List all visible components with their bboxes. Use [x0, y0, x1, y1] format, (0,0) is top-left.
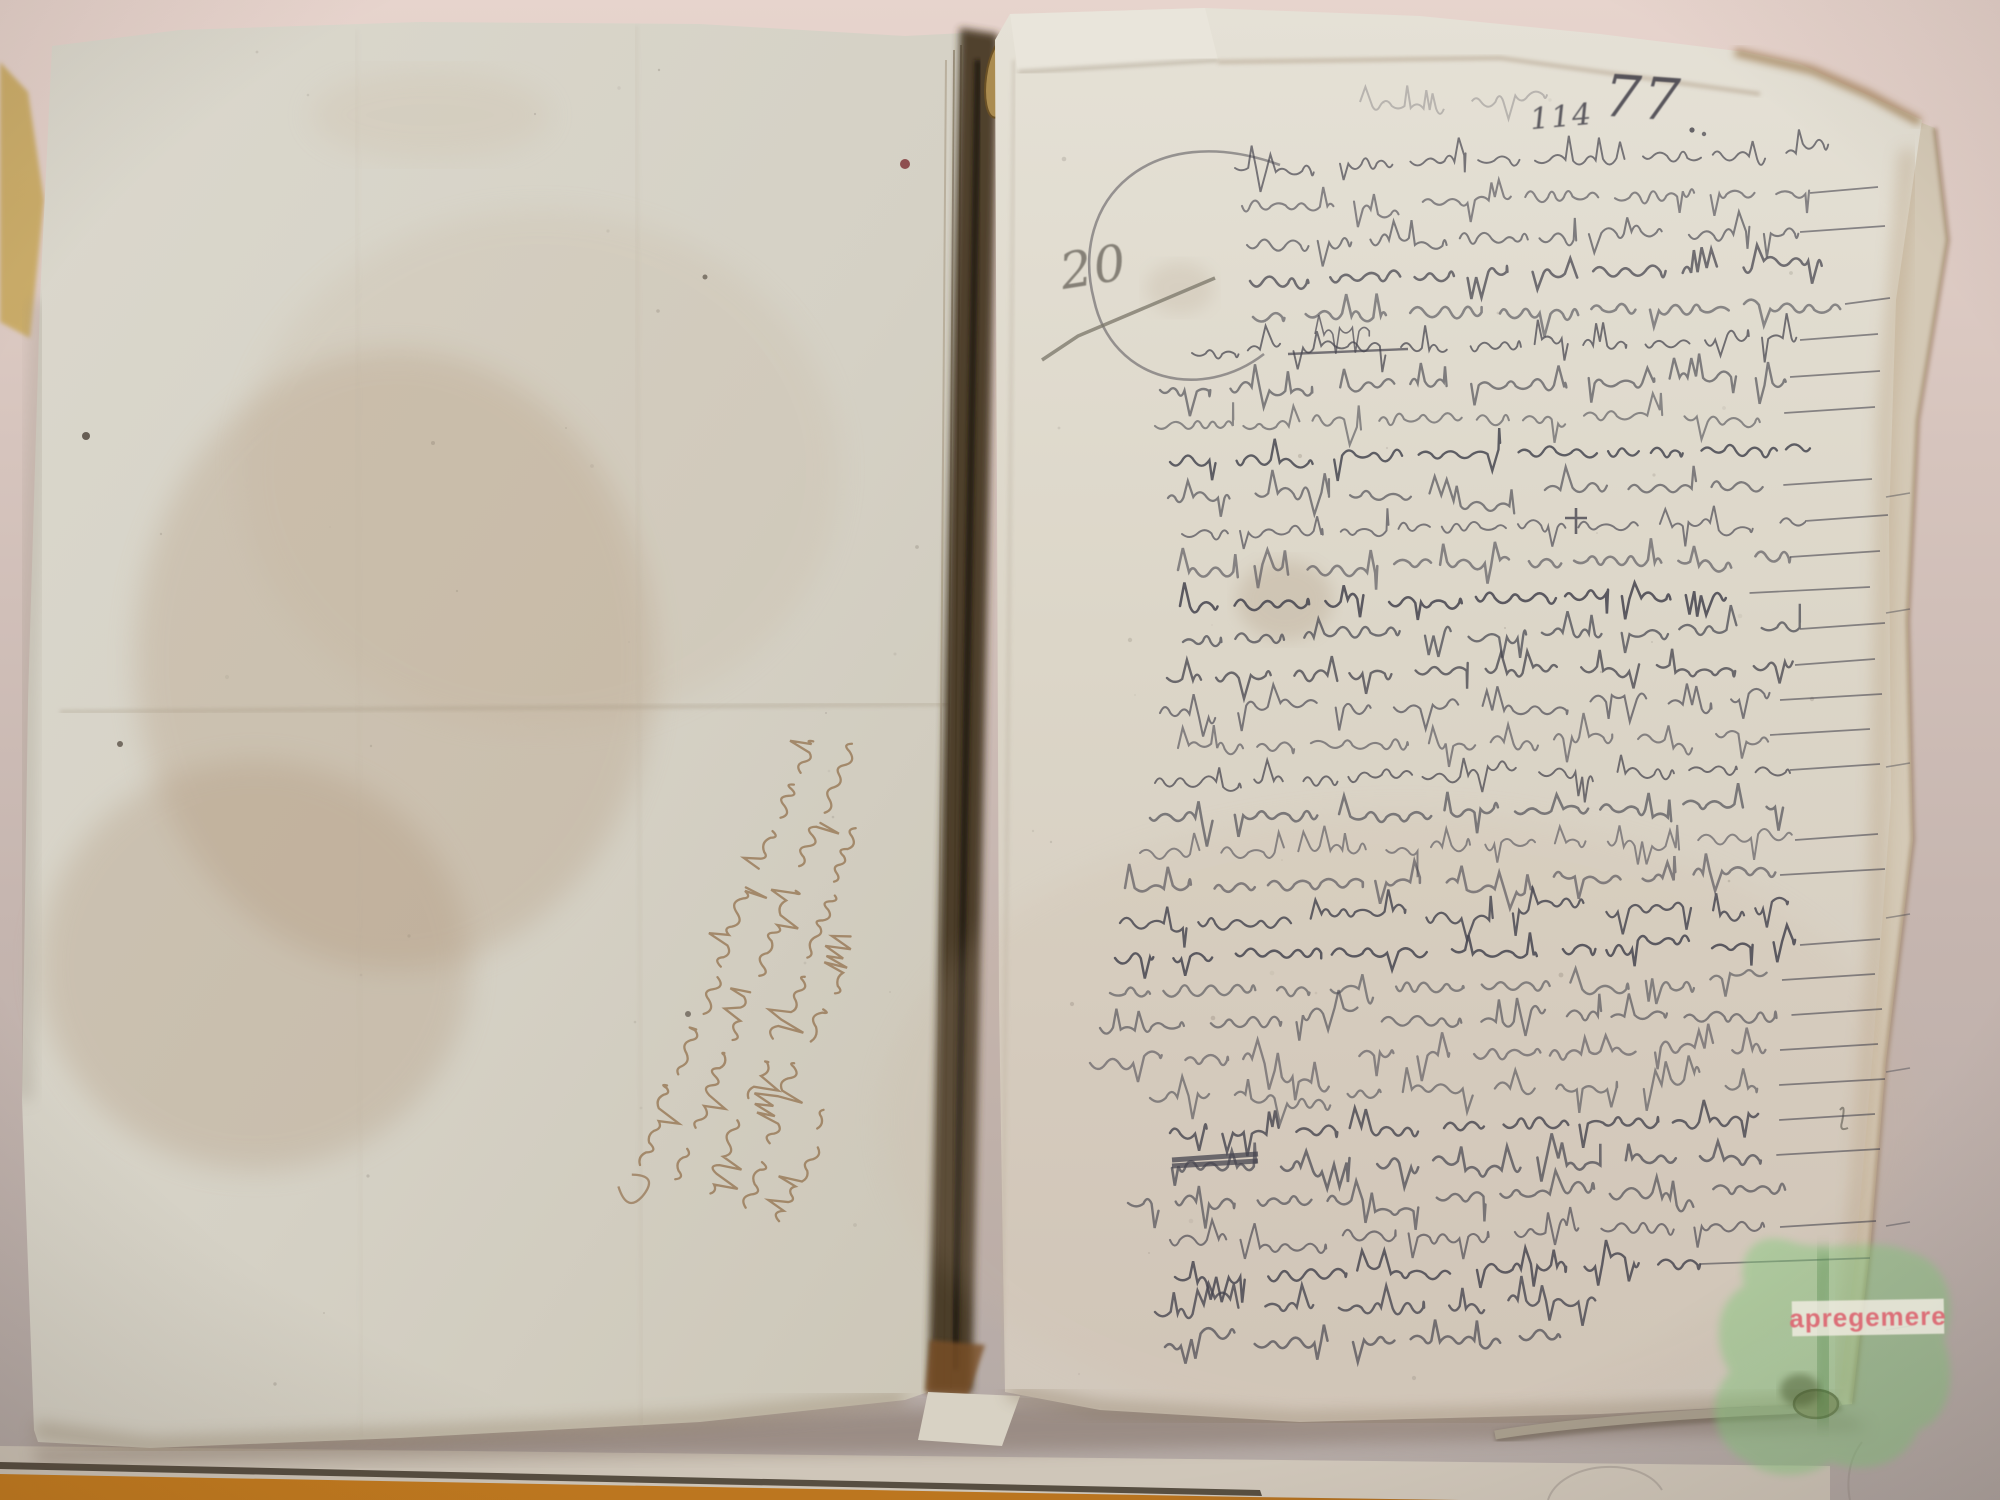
secondary-number: 114 [1529, 97, 1595, 137]
vignette [0, 0, 2000, 1500]
manuscript-photo: 77 114 20 apregemere [0, 0, 2000, 1500]
watermark-label: apregemere [1792, 1299, 1945, 1337]
manuscript-art [0, 0, 2000, 1500]
margin-number: 20 [1056, 233, 1132, 301]
folio-number: 77 [1602, 61, 1684, 134]
